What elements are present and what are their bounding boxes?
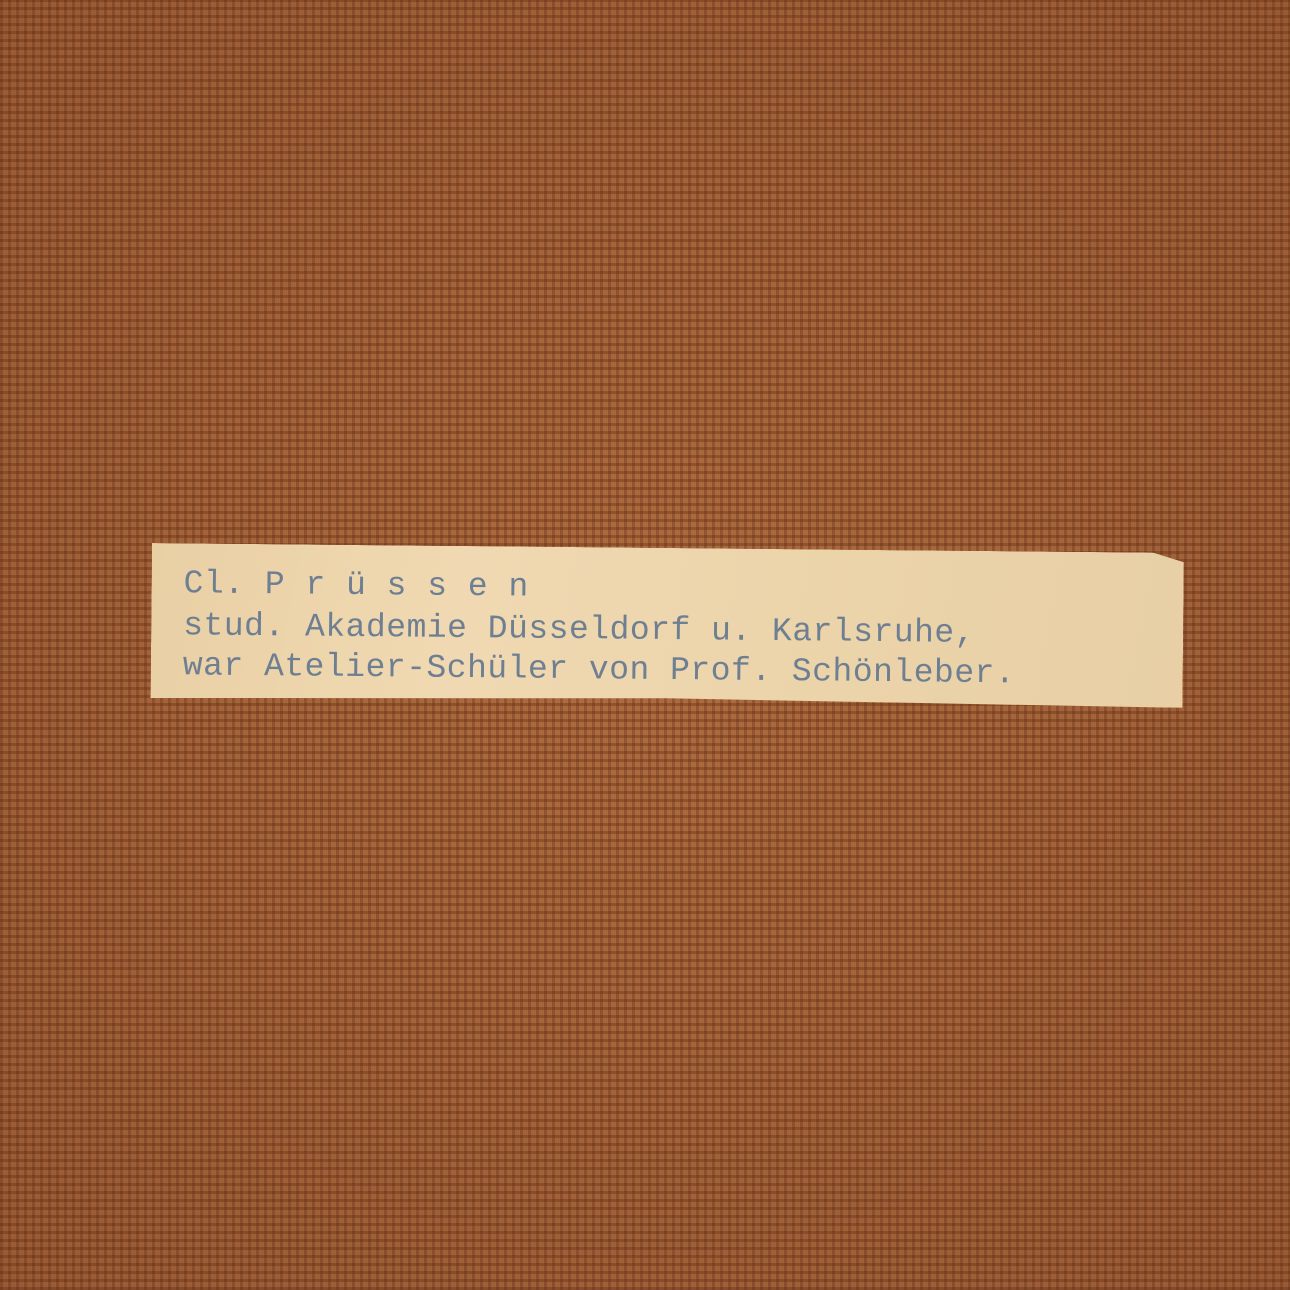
typed-paper-label: Cl. P r ü s s e n stud. Akademie Düsseld…	[151, 543, 1184, 708]
label-line-teacher: war Atelier-Schüler von Prof. Schönleber…	[183, 647, 1016, 692]
label-line-studies: stud. Akademie Düsseldorf u. Karlsruhe,	[183, 607, 975, 652]
hardboard-backing: Cl. P r ü s s e n stud. Akademie Düsseld…	[0, 0, 1290, 1290]
label-line-artist-name: Cl. P r ü s s e n	[183, 565, 528, 605]
